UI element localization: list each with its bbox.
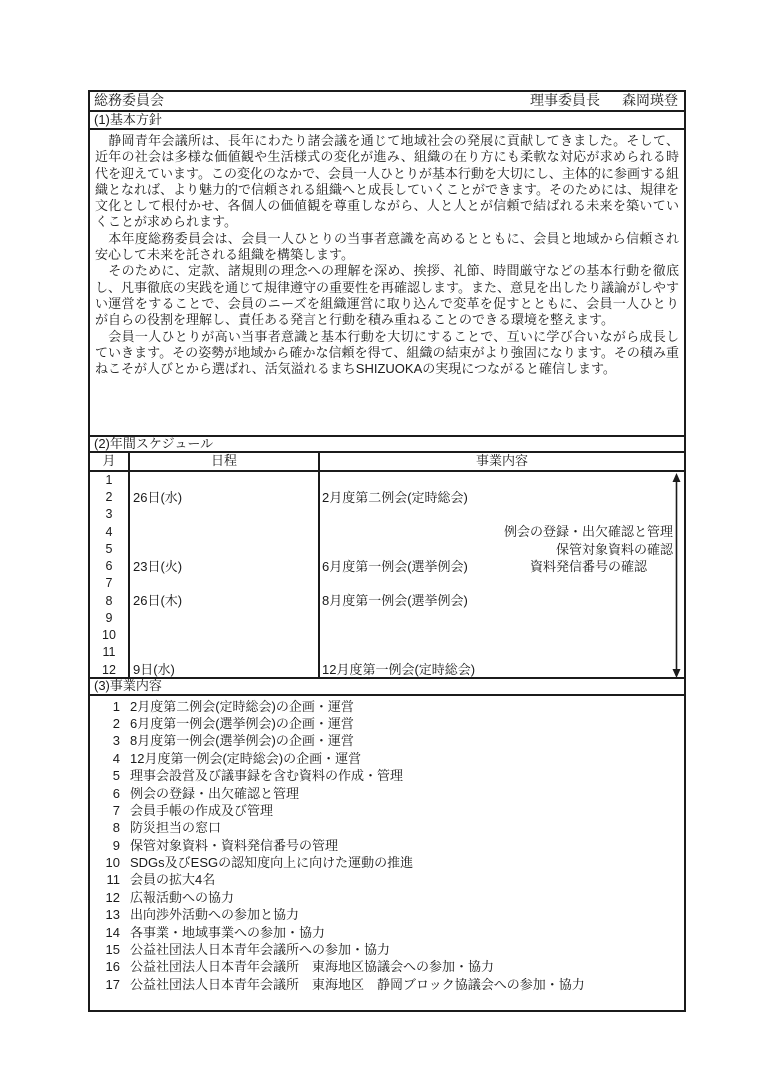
- business-list: 12月度第二例会(定時総会)の企画・運営26月度第一例会(選挙例会)の企画・運営…: [90, 696, 684, 994]
- business-item: 14各事業・地域事業への参加・協力: [92, 924, 680, 941]
- schedule-event-cell: 保管対象資料の確認: [320, 541, 684, 558]
- business-item: 12月度第二例会(定時総会)の企画・運営: [92, 698, 680, 715]
- committee-name: 総務委員会: [94, 92, 164, 110]
- schedule-event-cell: [320, 472, 684, 489]
- schedule-event-cell: [320, 507, 684, 524]
- business-item-number: 15: [92, 942, 120, 958]
- business-item-number: 17: [92, 977, 120, 993]
- schedule-month: 1: [90, 472, 130, 489]
- business-item: 7会員手帳の作成及び管理: [92, 802, 680, 819]
- business-item-text: 例会の登録・出欠確認と管理: [130, 786, 299, 802]
- schedule-date: [130, 645, 320, 662]
- schedule-month: 4: [90, 524, 130, 541]
- business-item: 8防災担当の窓口: [92, 820, 680, 837]
- business-item: 13出向渉外活動への参加と協力: [92, 907, 680, 924]
- business-item: 38月度第一例会(選挙例会)の企画・運営: [92, 733, 680, 750]
- schedule-col-date: 日程: [130, 453, 320, 470]
- schedule-event: 8月度第一例会(選挙例会): [322, 593, 468, 609]
- business-item: 5理事会設営及び議事録を含む資料の作成・管理: [92, 768, 680, 785]
- schedule-event: 6月度第一例会(選挙例会): [322, 559, 468, 575]
- business-item-text: 防災担当の窓口: [130, 820, 221, 836]
- schedule-date: 23日(火): [130, 558, 320, 575]
- business-section-title: (3)事業内容: [90, 679, 684, 696]
- schedule-header-row: 月 日程 事業内容: [90, 453, 684, 472]
- schedule-body: 1226日(水)2月度第二例会(定時総会)34例会の登録・出欠確認と管理5保管対…: [90, 472, 684, 679]
- business-item-number: 7: [92, 803, 120, 819]
- scanned-document-page: { "colors": { "text": "#1b1b1b", "border…: [0, 0, 768, 1086]
- business-item: 412月度第一例会(定時総会)の企画・運営: [92, 750, 680, 767]
- policy-paragraph: そのために、定款、諸規則の理念への理解を深め、挨拶、礼節、時間厳守などの基本行動…: [95, 263, 679, 328]
- schedule-event-cell: 2月度第二例会(定時総会): [320, 489, 684, 506]
- schedule-date: 26日(木): [130, 593, 320, 610]
- schedule-event-cell: 8月度第一例会(選挙例会): [320, 593, 684, 610]
- business-item-text: SDGs及びESGの認知度向上に向けた運動の推進: [130, 855, 413, 871]
- vertical-double-arrow-icon: [672, 473, 681, 678]
- business-item: 26月度第一例会(選挙例会)の企画・運営: [92, 715, 680, 732]
- schedule-month: 12: [90, 662, 130, 679]
- schedule-month: 2: [90, 489, 130, 506]
- business-item-number: 4: [92, 751, 120, 767]
- schedule-month: 7: [90, 576, 130, 593]
- chair-block: 理事委員長 森岡瑛登: [530, 92, 678, 110]
- schedule-grid: 1226日(水)2月度第二例会(定時総会)34例会の登録・出欠確認と管理5保管対…: [90, 472, 684, 677]
- business-item-text: 6月度第一例会(選挙例会)の企画・運営: [130, 716, 354, 732]
- schedule-date: [130, 541, 320, 558]
- schedule-month: 6: [90, 558, 130, 575]
- schedule-date: [130, 576, 320, 593]
- schedule-date: [130, 524, 320, 541]
- business-item-text: 公益社団法人日本青年会議所 東海地区協議会への参加・協力: [130, 959, 494, 975]
- schedule-event-cell: [320, 610, 684, 627]
- business-item-text: 12月度第一例会(定時総会)の企画・運営: [130, 751, 361, 767]
- schedule-date: [130, 472, 320, 489]
- business-item-number: 14: [92, 925, 120, 941]
- schedule-event: 12月度第一例会(定時総会): [322, 662, 475, 678]
- schedule-note: 資料発信番号の確認: [530, 559, 684, 575]
- policy-paragraph: 会員一人ひとりが高い当事者意識と基本行動を大切にすることで、互いに学び合いながら…: [95, 329, 679, 378]
- schedule-month: 9: [90, 610, 130, 627]
- committee-document: 総務委員会 理事委員長 森岡瑛登 (1)基本方針 静岡青年会議所は、長年にわたり…: [88, 90, 686, 1012]
- business-item-text: 広報活動への協力: [130, 890, 234, 906]
- business-item: 10SDGs及びESGの認知度向上に向けた運動の推進: [92, 855, 680, 872]
- schedule-col-month: 月: [90, 453, 130, 470]
- schedule-event-cell: [320, 576, 684, 593]
- schedule-event-cell: 例会の登録・出欠確認と管理: [320, 524, 684, 541]
- chair-title: 理事委員長: [530, 92, 600, 110]
- schedule-section-title: (2)年間スケジュール: [90, 437, 684, 453]
- business-item-number: 8: [92, 820, 120, 836]
- schedule-event-cell: 12月度第一例会(定時総会): [320, 662, 684, 679]
- schedule-month: 10: [90, 627, 130, 644]
- business-item-number: 12: [92, 890, 120, 906]
- schedule-event: 2月度第二例会(定時総会): [322, 490, 468, 506]
- business-item: 11会員の拡大4名: [92, 872, 680, 889]
- business-item: 15公益社団法人日本青年会議所への参加・協力: [92, 941, 680, 958]
- policy-paragraph: 本年度総務委員会は、会員一人ひとりの当事者意識を高めるとともに、会員と地域から信…: [95, 231, 679, 264]
- business-item-text: 公益社団法人日本青年会議所への参加・協力: [130, 942, 390, 958]
- business-item-number: 10: [92, 855, 120, 871]
- business-item-text: 公益社団法人日本青年会議所 東海地区 静岡ブロック協議会への参加・協力: [130, 977, 585, 993]
- business-item-number: 16: [92, 959, 120, 975]
- business-item: 6例会の登録・出欠確認と管理: [92, 785, 680, 802]
- business-item-number: 13: [92, 907, 120, 923]
- business-item-text: 2月度第二例会(定時総会)の企画・運営: [130, 699, 354, 715]
- business-item-number: 3: [92, 733, 120, 749]
- schedule-event-cell: [320, 645, 684, 662]
- schedule-month: 3: [90, 507, 130, 524]
- schedule-date: [130, 610, 320, 627]
- document-header-row: 総務委員会 理事委員長 森岡瑛登: [90, 92, 684, 112]
- schedule-month: 5: [90, 541, 130, 558]
- schedule-date: [130, 507, 320, 524]
- business-item: 17公益社団法人日本青年会議所 東海地区 静岡ブロック協議会への参加・協力: [92, 976, 680, 993]
- policy-section-title: (1)基本方針: [90, 112, 684, 130]
- schedule-note: 例会の登録・出欠確認と管理: [504, 524, 684, 540]
- business-item-text: 出向渉外活動への参加と協力: [130, 907, 299, 923]
- policy-body: 静岡青年会議所は、長年にわたり諸会議を通じて地域社会の発展に貢献してきました。そ…: [90, 130, 684, 437]
- business-item-number: 9: [92, 838, 120, 854]
- business-item-text: 理事会設営及び議事録を含む資料の作成・管理: [130, 768, 403, 784]
- schedule-note: 保管対象資料の確認: [556, 542, 684, 558]
- business-item: 16公益社団法人日本青年会議所 東海地区協議会への参加・協力: [92, 959, 680, 976]
- business-item-number: 1: [92, 699, 120, 715]
- business-item-text: 8月度第一例会(選挙例会)の企画・運営: [130, 733, 354, 749]
- schedule-event-cell: [320, 627, 684, 644]
- schedule-month: 8: [90, 593, 130, 610]
- business-item-number: 11: [92, 872, 120, 888]
- business-item-text: 保管対象資料・資料発信番号の管理: [130, 838, 338, 854]
- schedule-date: 9日(水): [130, 662, 320, 679]
- schedule-event-cell: 6月度第一例会(選挙例会)資料発信番号の確認: [320, 558, 684, 575]
- policy-paragraph: 静岡青年会議所は、長年にわたり諸会議を通じて地域社会の発展に貢献してきました。そ…: [95, 133, 679, 231]
- schedule-col-content: 事業内容: [320, 453, 684, 470]
- business-item-text: 会員の拡大4名: [130, 872, 215, 888]
- business-item-number: 5: [92, 768, 120, 784]
- business-item-number: 6: [92, 786, 120, 802]
- schedule-month: 11: [90, 645, 130, 662]
- business-item-text: 会員手帳の作成及び管理: [130, 803, 273, 819]
- schedule-date: 26日(水): [130, 489, 320, 506]
- business-item-number: 2: [92, 716, 120, 732]
- business-item: 12広報活動への協力: [92, 889, 680, 906]
- business-item-text: 各事業・地域事業への参加・協力: [130, 925, 325, 941]
- chair-name: 森岡瑛登: [622, 92, 678, 110]
- business-item: 9保管対象資料・資料発信番号の管理: [92, 837, 680, 854]
- schedule-date: [130, 627, 320, 644]
